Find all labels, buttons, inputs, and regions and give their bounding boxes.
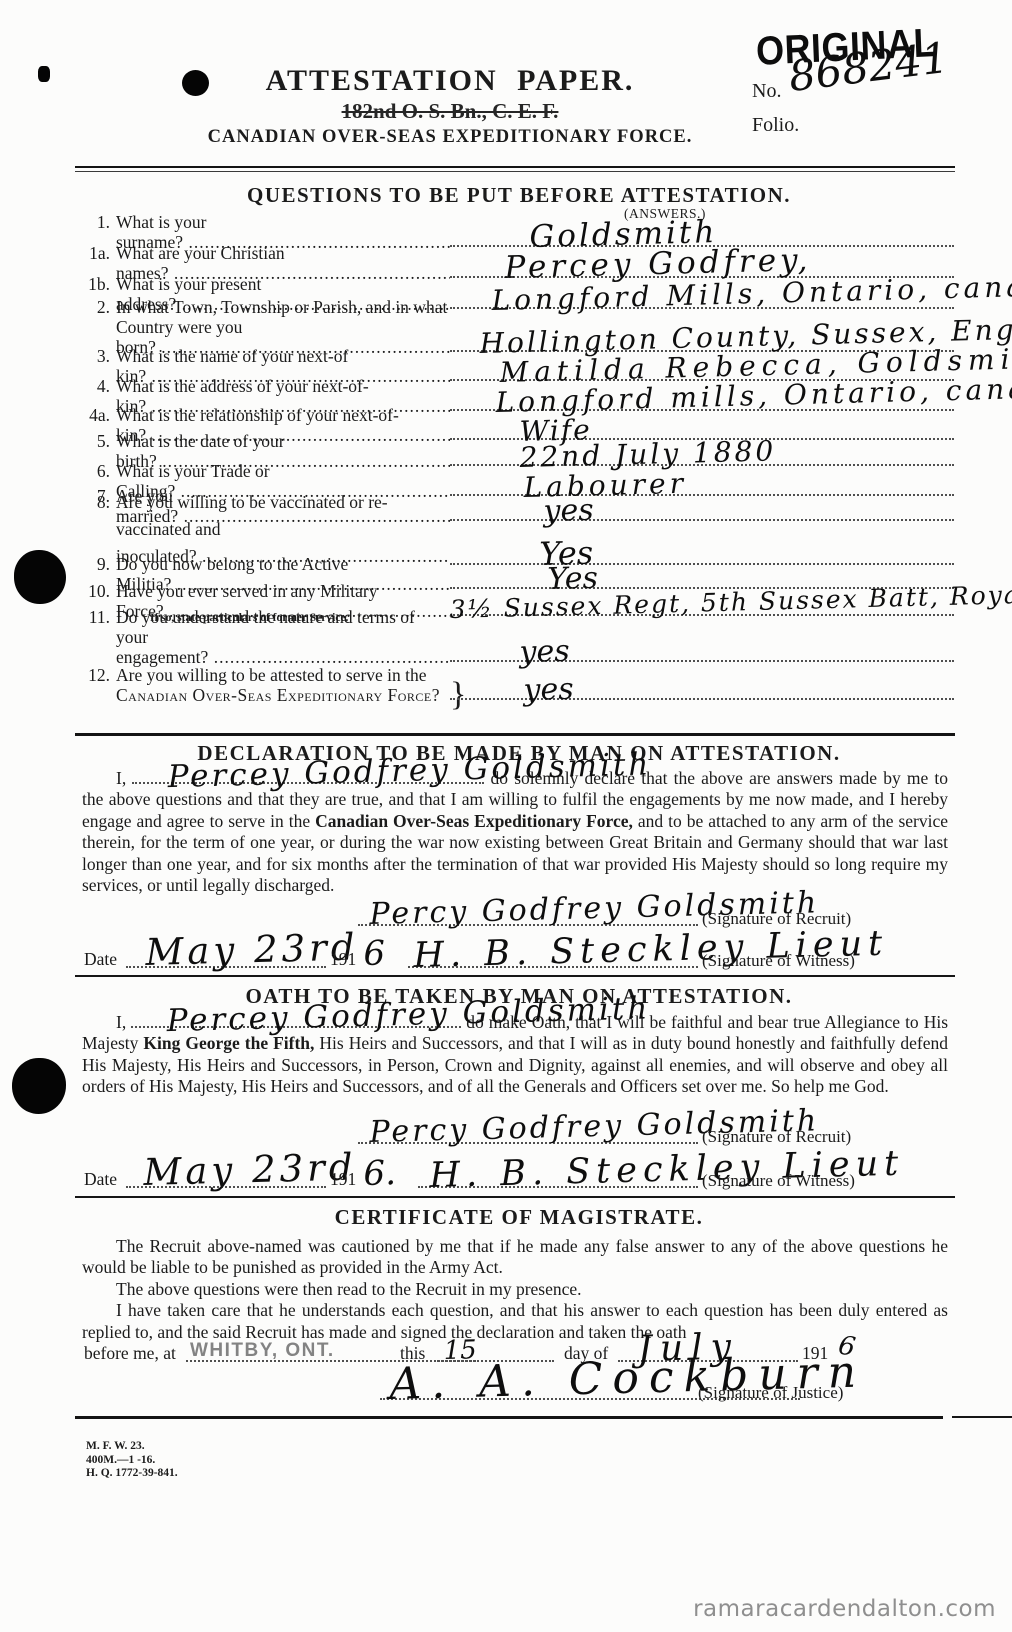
question-number: 8.: [80, 489, 110, 516]
date-label: Date: [84, 1169, 117, 1190]
question-number: 9.: [80, 554, 110, 574]
form-number-line: 400M.—1 -16.: [86, 1454, 178, 1468]
answer-handwritten: yes: [523, 672, 574, 708]
question-number: 12.: [80, 665, 110, 685]
divider: [75, 733, 955, 736]
place-stamp: WHITBY, ONT.: [190, 1340, 335, 1362]
form-number-block: M. F. W. 23. 400M.—1 -16. H. Q. 1772-39-…: [86, 1440, 178, 1481]
signature-of-witness-label: (Signature of Witness): [702, 951, 855, 971]
question-number: 1.: [80, 212, 110, 232]
question-number: 6.: [80, 461, 110, 481]
signature-of-witness-label: (Signature of Witness): [702, 1171, 855, 1191]
question-number: 4a.: [80, 405, 110, 425]
date-handwritten: May 23rd: [145, 925, 359, 974]
document-header: ATTESTATION PAPER. 182nd O. S. Bn., C. E…: [140, 64, 760, 148]
hole-punch: [14, 550, 66, 604]
question-number: 1b.: [80, 274, 110, 294]
declaration-date-row: Date May 23rd 191 6 H. B. Steckley Lieut…: [78, 936, 962, 976]
oath-name-slot: Percey Godfrey Goldsmith: [131, 1013, 461, 1028]
battalion-line-struck: 182nd O. S. Bn., C. E. F.: [140, 99, 760, 124]
year-printed: 191: [330, 1169, 356, 1190]
divider-fragment: [952, 1416, 1012, 1418]
oath-paragraph: I, Percey Godfrey Goldsmith do make Oath…: [82, 1012, 948, 1098]
declaration-name-slot: Percey Godfrey Goldsmith: [132, 769, 484, 784]
declaration-lead: I,: [116, 768, 126, 788]
date-label: Date: [84, 949, 117, 970]
certificate-para-2: The above questions were then read to th…: [82, 1279, 948, 1300]
year-digit-handwritten: 6: [363, 933, 386, 974]
oath-date-row: Date May 23rd 191 6. H. B. Steckley Lieu…: [78, 1154, 962, 1196]
certificate-title: CERTIFICATE OF MAGISTRATE.: [78, 1205, 960, 1230]
justice-signature-row: A. A. Cockburn (Signature of Justice): [78, 1364, 962, 1408]
declarant-name-handwritten: Percey Godfrey Goldsmith: [134, 754, 652, 789]
oath-name-handwritten: Percey Godfrey Goldsmith: [133, 998, 651, 1033]
question-number: 10.: [80, 581, 110, 601]
signature-of-justice-label: (Signature of Justice): [698, 1383, 843, 1403]
document-title: ATTESTATION PAPER.: [140, 64, 760, 98]
answer-handwritten: yes: [543, 493, 594, 529]
question-number: 4.: [80, 376, 110, 396]
declaration-body-bold: Canadian Over-Seas Expeditionary Force,: [315, 811, 633, 831]
year-printed: 191: [330, 949, 356, 970]
form-number-line: H. Q. 1772-39-841.: [86, 1467, 178, 1481]
question-number: 3.: [80, 346, 110, 366]
question-number: 11.: [80, 607, 110, 627]
signature-of-recruit-label: (Signature of Recruit): [702, 1127, 851, 1147]
question-number: 2.: [80, 297, 110, 317]
declaration-paragraph: I, Percey Godfrey Goldsmith do solemnly …: [82, 768, 948, 896]
question-number: 1a.: [80, 243, 110, 263]
divider: [75, 166, 955, 172]
divider: [75, 1416, 943, 1419]
question-number: 5.: [80, 431, 110, 451]
divider: [75, 975, 955, 977]
question-text: Are you willing to be attested to serve …: [116, 665, 427, 685]
questions-section-title: QUESTIONS TO BE PUT BEFORE ATTESTATION.: [78, 183, 960, 208]
hole-punch: [12, 1058, 66, 1114]
date-handwritten: May 23rd: [143, 1145, 357, 1194]
form-number-line: M. F. W. 23.: [86, 1440, 178, 1454]
oath-lead: I,: [116, 1012, 126, 1032]
answer-handwritten: yes: [519, 634, 570, 670]
question-text: Do you understand the nature and terms o…: [116, 607, 450, 667]
attestation-paper-document: ORIGINAL No. 868241 Folio. ATTESTATION P…: [0, 0, 1012, 1632]
question-text-smallcaps: Canadian Over-Seas Expeditionary Force?: [116, 685, 440, 705]
certificate-para-1: The Recruit above-named was cautioned by…: [82, 1236, 948, 1279]
ink-speck: [38, 66, 50, 82]
watermark-text: ramaracardendalton.com: [693, 1596, 996, 1622]
divider: [75, 1196, 955, 1198]
certificate-paragraphs: The Recruit above-named was cautioned by…: [82, 1236, 948, 1343]
force-line: CANADIAN OVER-SEAS EXPEDITIONARY FORCE.: [140, 127, 760, 148]
year-digit-handwritten: 6.: [363, 1153, 396, 1194]
before-me-label: before me, at: [84, 1343, 176, 1364]
